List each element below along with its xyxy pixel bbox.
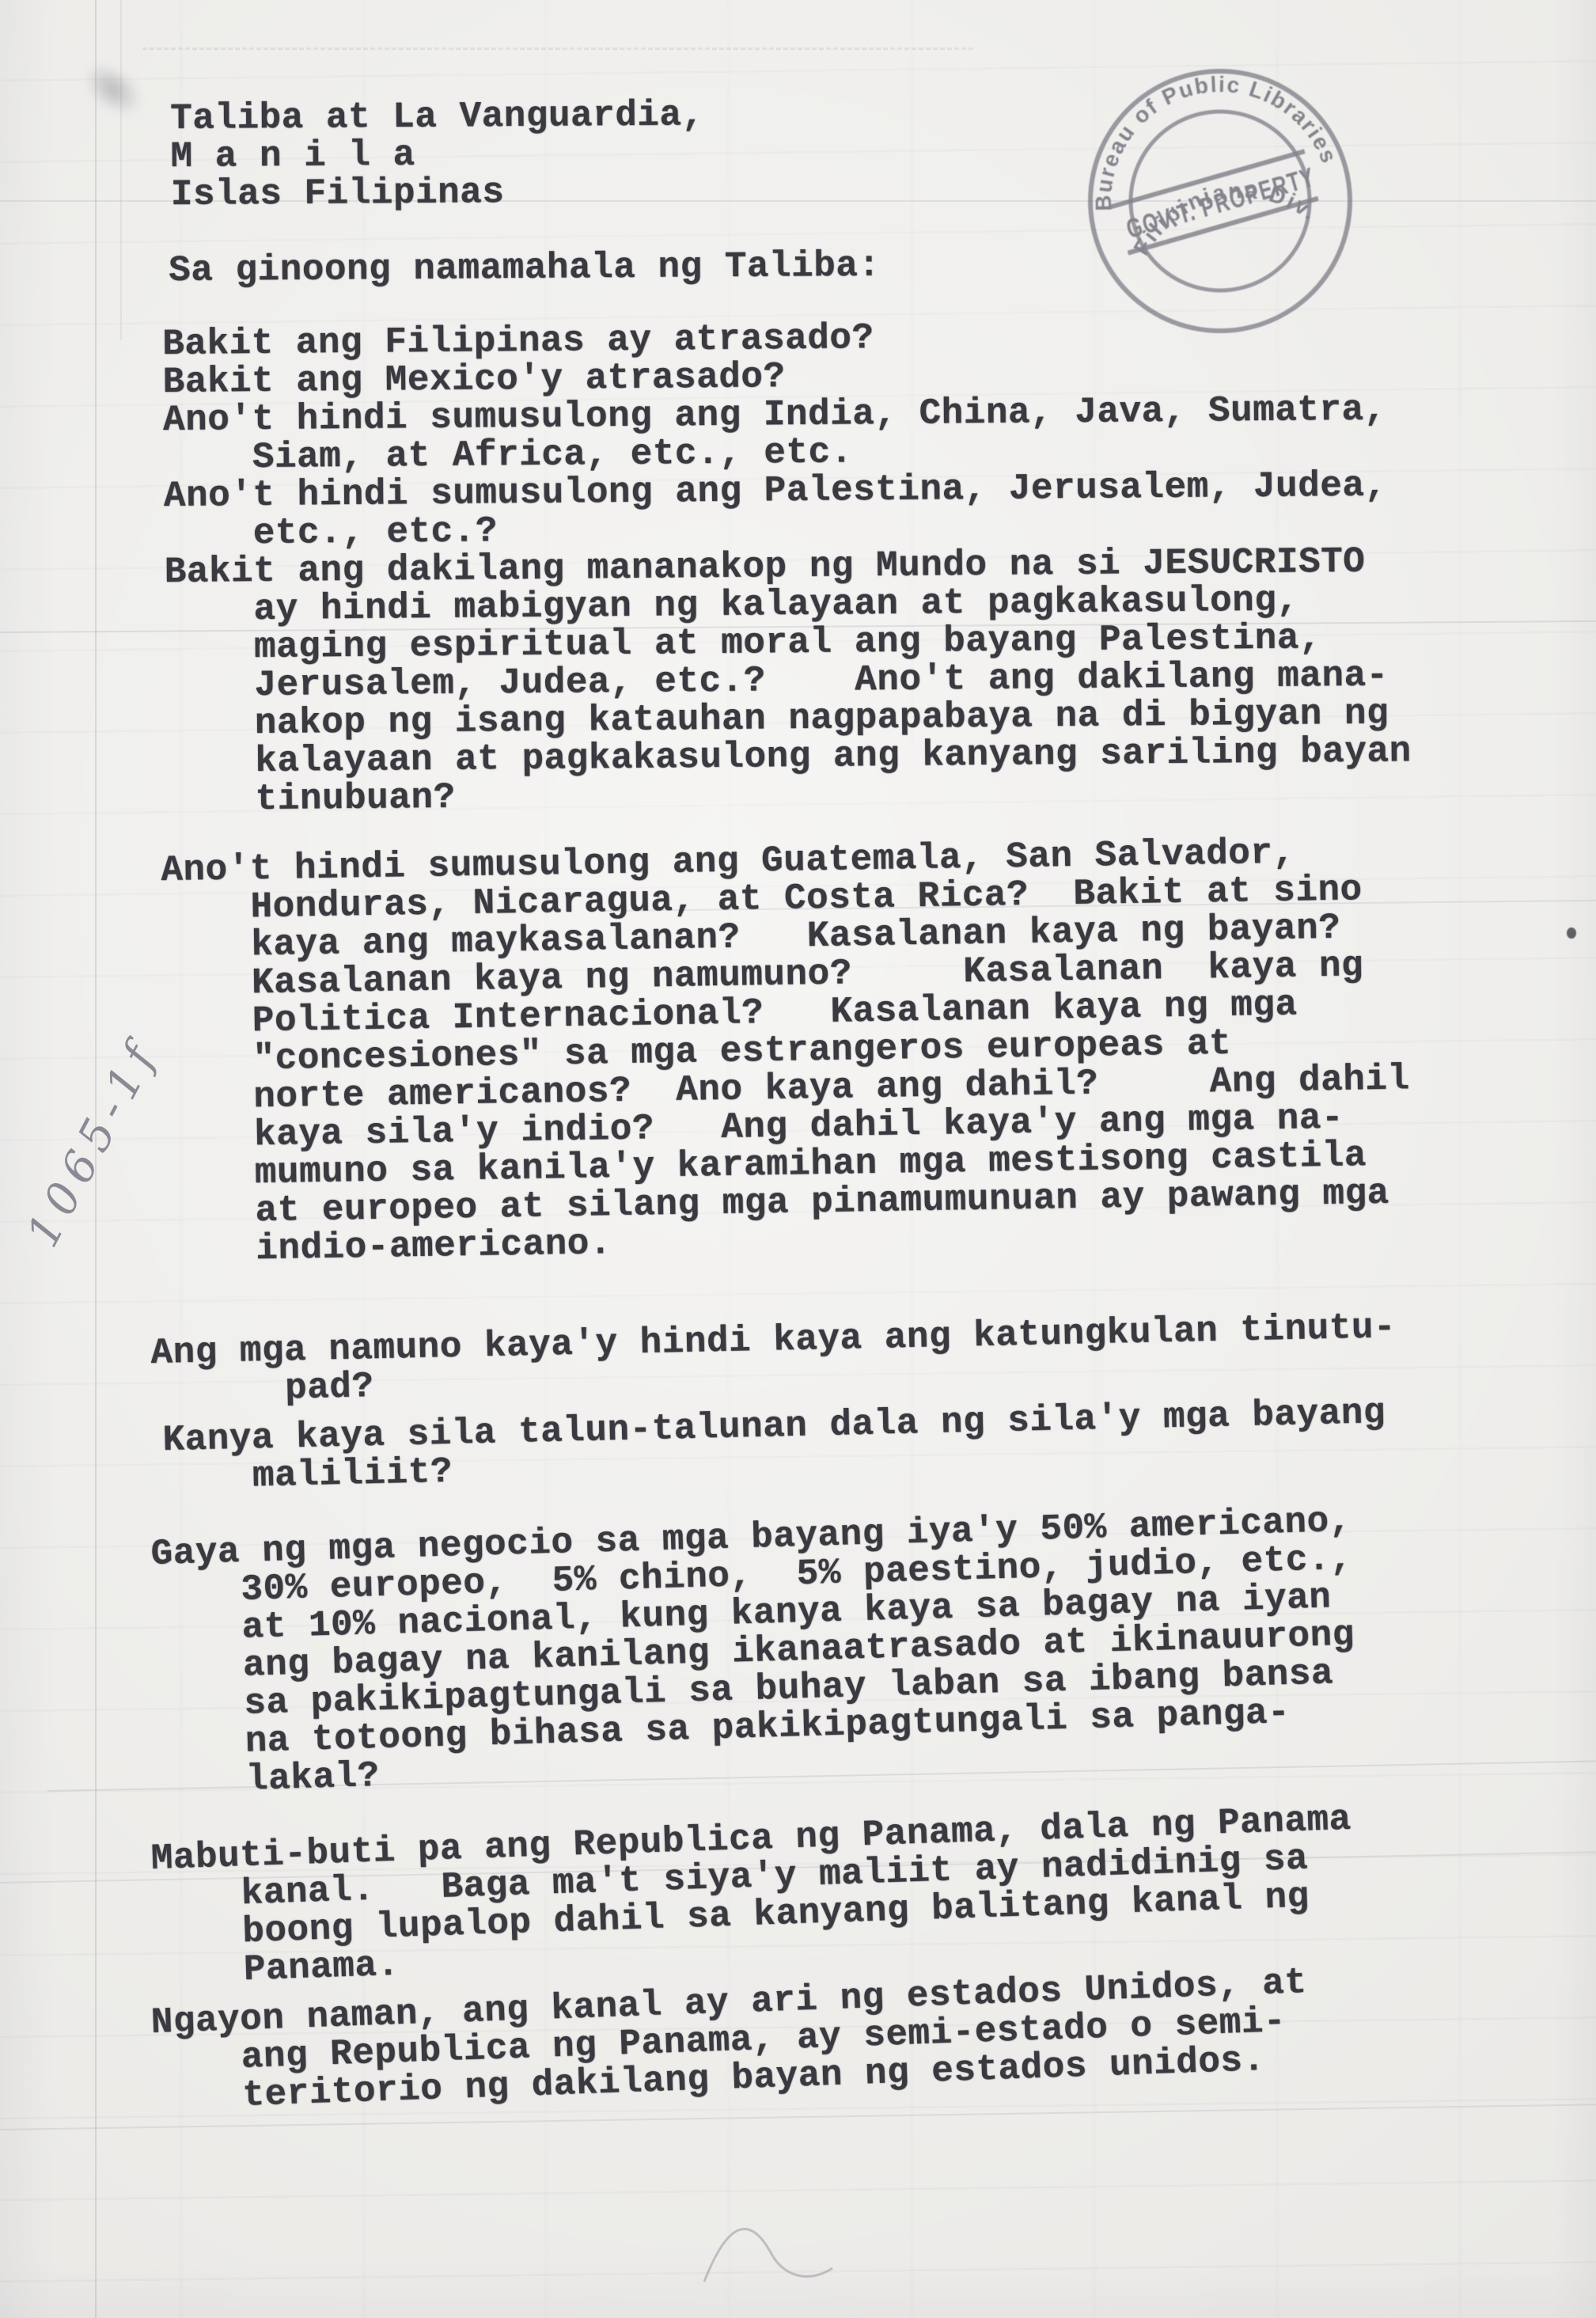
text-line: Sa ginoong namamahala ng Taliba: (169, 247, 881, 290)
text-block-addressee: Taliba at La Vanguardia,M a n i l aIslas… (170, 96, 705, 214)
text-block-paragraph-4: Kanya kaya sila talun-talunan dala ng si… (162, 1394, 1387, 1497)
text-block-paragraph-2: Ano't hindi sumusulong ang Guatemala, Sa… (161, 832, 1412, 1269)
smudge-mark (62, 41, 165, 138)
ink-dot (1567, 928, 1576, 939)
text-block-paragraph-1: Bakit ang Filipinas ay atrasado?Bakit an… (162, 314, 1412, 819)
pencil-mark (696, 2206, 855, 2293)
fold-line-top (120, 0, 122, 340)
text-line: M a n i l a (170, 134, 704, 176)
text-line: Islas Filipinas (171, 172, 705, 214)
text-block-paragraph-5: Gaya ng mga negocio sa mga bayang iya'y … (150, 1502, 1358, 1801)
scan-streak (142, 47, 973, 50)
text-line: tinubuan? (166, 770, 1412, 819)
text-block-paragraph-3: Ang mga namuno kaya'y hindi kaya ang kat… (150, 1308, 1397, 1410)
document-page: Bureau of Public Libraries Filipiniana D… (0, 0, 1596, 2318)
text-line: Taliba at La Vanguardia, (170, 96, 704, 138)
text-block-salutation: Sa ginoong namamahala ng Taliba: (169, 247, 881, 290)
text-block-paragraph-6: Mabuti-buti pa ang Republica ng Panama, … (150, 1800, 1355, 1992)
